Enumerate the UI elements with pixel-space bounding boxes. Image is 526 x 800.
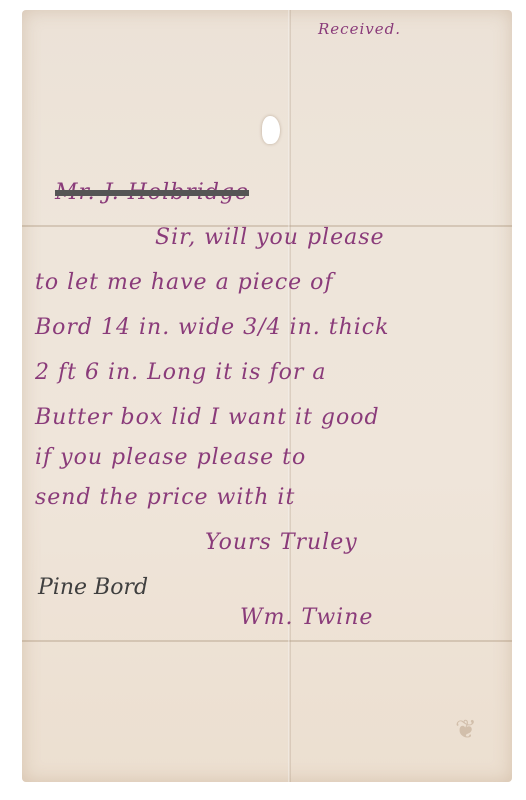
pencil-note: Pine Bord [38,575,148,600]
body-line-7: send the price with it [35,485,295,510]
header-annotation: Received. [318,20,401,38]
fold-line-horizontal-lower [22,640,512,642]
closing: Yours Truley [205,530,358,555]
signature: Wm. Twine [240,605,373,630]
body-line-6: if you please please to [35,445,306,470]
body-line-3: Bord 14 in. wide 3/4 in. thick [35,315,389,340]
paper-hole [262,116,280,144]
body-line-4: 2 ft 6 in. Long it is for a [35,360,326,385]
emboss-mark-icon: ❦ [455,715,485,751]
fold-line-vertical [288,10,291,782]
addressee-struck: Mr. J. Holbridge [55,180,249,205]
body-line-2: to let me have a piece of [35,270,334,295]
body-line-5: Butter box lid I want it good [35,405,380,430]
body-line-1: Sir, will you please [155,225,385,250]
